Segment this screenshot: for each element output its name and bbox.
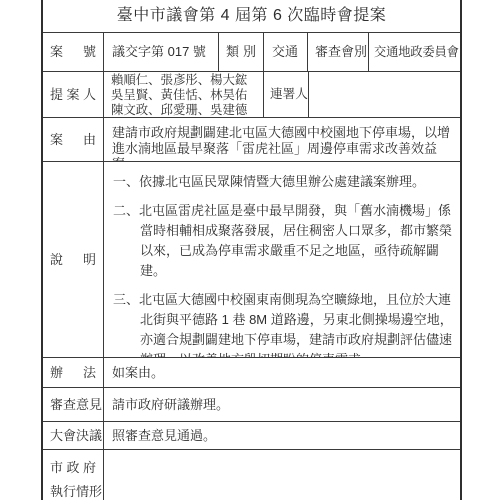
explanation-item: 三、北屯區大德國中校園東南側現為空曠綠地，且位於大連北街與平德路 1 巷 8M … <box>113 290 454 357</box>
review-opinion-row: 審查意見 請市政府研議辦理。 <box>43 388 460 422</box>
case-number-value: 議交字第 017 號 <box>104 33 219 71</box>
proposer-row: 提案人 賴順仁、張彥彤、楊大鋐 吳呈賢、黃佳恬、林昊佑 陳文政、邱愛珊、吳建德 … <box>43 72 460 118</box>
document-page: 臺中市議會第 4 屆第 6 次臨時會提案 案號 議交字第 017 號 類別 交通… <box>0 0 500 500</box>
review-committee-value: 交通地政委員會 <box>369 33 460 71</box>
execution-label: 市政府 執行情形 <box>43 450 104 500</box>
proposers-value: 賴順仁、張彥彤、楊大鋐 吳呈賢、黃佳恬、林昊佑 陳文政、邱愛珊、吳建德 <box>104 72 264 117</box>
execution-label-line2: 執行情形 <box>50 480 96 500</box>
subject-row: 案由 建請市政府規劃闢建北屯區大德國中校園地下停車場，以增進水湳地區最早聚落「雷… <box>43 118 460 162</box>
resolution-row: 大會決議 照審查意見通過。 <box>43 422 460 450</box>
explanation-item: 一、依據北屯區民眾陳情暨大德里辦公處建議案辦理。 <box>113 172 454 192</box>
explanation-label: 說明 <box>43 162 104 357</box>
review-opinion-label: 審查意見 <box>43 388 104 421</box>
explanation-item: 二、北屯區雷虎社區是臺中最早開發，與「舊水湳機場」係當時相輔相成聚落發展，居住稠… <box>113 201 454 281</box>
cosigners-value <box>309 72 460 117</box>
cosigners-label: 連署人 <box>264 72 309 117</box>
proposer-line: 賴順仁、張彥彤、楊大鋐 <box>111 73 263 88</box>
resolution-value: 照審查意見通過。 <box>104 422 460 449</box>
proposer-line: 吳呈賢、黃佳恬、林昊佑 <box>111 88 263 103</box>
method-label: 辦法 <box>43 358 104 387</box>
explanation-value: 一、依據北屯區民眾陳情暨大德里辦公處建議案辦理。 二、北屯區雷虎社區是臺中最早開… <box>104 162 460 357</box>
subject-value: 建請市政府規劃闢建北屯區大德國中校園地下停車場，以增進水湳地區最早聚落「雷虎社區… <box>104 118 460 161</box>
case-number-label: 案號 <box>43 33 104 71</box>
subject-label: 案由 <box>43 118 104 161</box>
review-opinion-value: 請市政府研議辦理。 <box>104 388 460 421</box>
resolution-label: 大會決議 <box>43 422 104 449</box>
execution-row: 市政府 執行情形 <box>43 450 460 500</box>
execution-label-line1: 市政府 <box>50 456 96 480</box>
category-label: 類別 <box>219 33 264 71</box>
case-number-row: 案號 議交字第 017 號 類別 交通 審查會別 交通地政委員會 <box>43 33 460 72</box>
method-value: 如案由。 <box>104 358 460 387</box>
proposers-label: 提案人 <box>43 72 104 117</box>
method-row: 辦法 如案由。 <box>43 358 460 388</box>
proposal-table: 臺中市議會第 4 屆第 6 次臨時會提案 案號 議交字第 017 號 類別 交通… <box>41 0 462 500</box>
execution-value <box>104 450 460 500</box>
page-title: 臺中市議會第 4 屆第 6 次臨時會提案 <box>43 0 460 32</box>
review-committee-label: 審查會別 <box>308 33 369 71</box>
title-row: 臺中市議會第 4 屆第 6 次臨時會提案 <box>43 0 460 33</box>
category-value: 交通 <box>264 33 308 71</box>
proposer-line: 陳文政、邱愛珊、吳建德 <box>111 103 263 117</box>
explanation-row: 說明 一、依據北屯區民眾陳情暨大德里辦公處建議案辦理。 二、北屯區雷虎社區是臺中… <box>43 162 460 358</box>
